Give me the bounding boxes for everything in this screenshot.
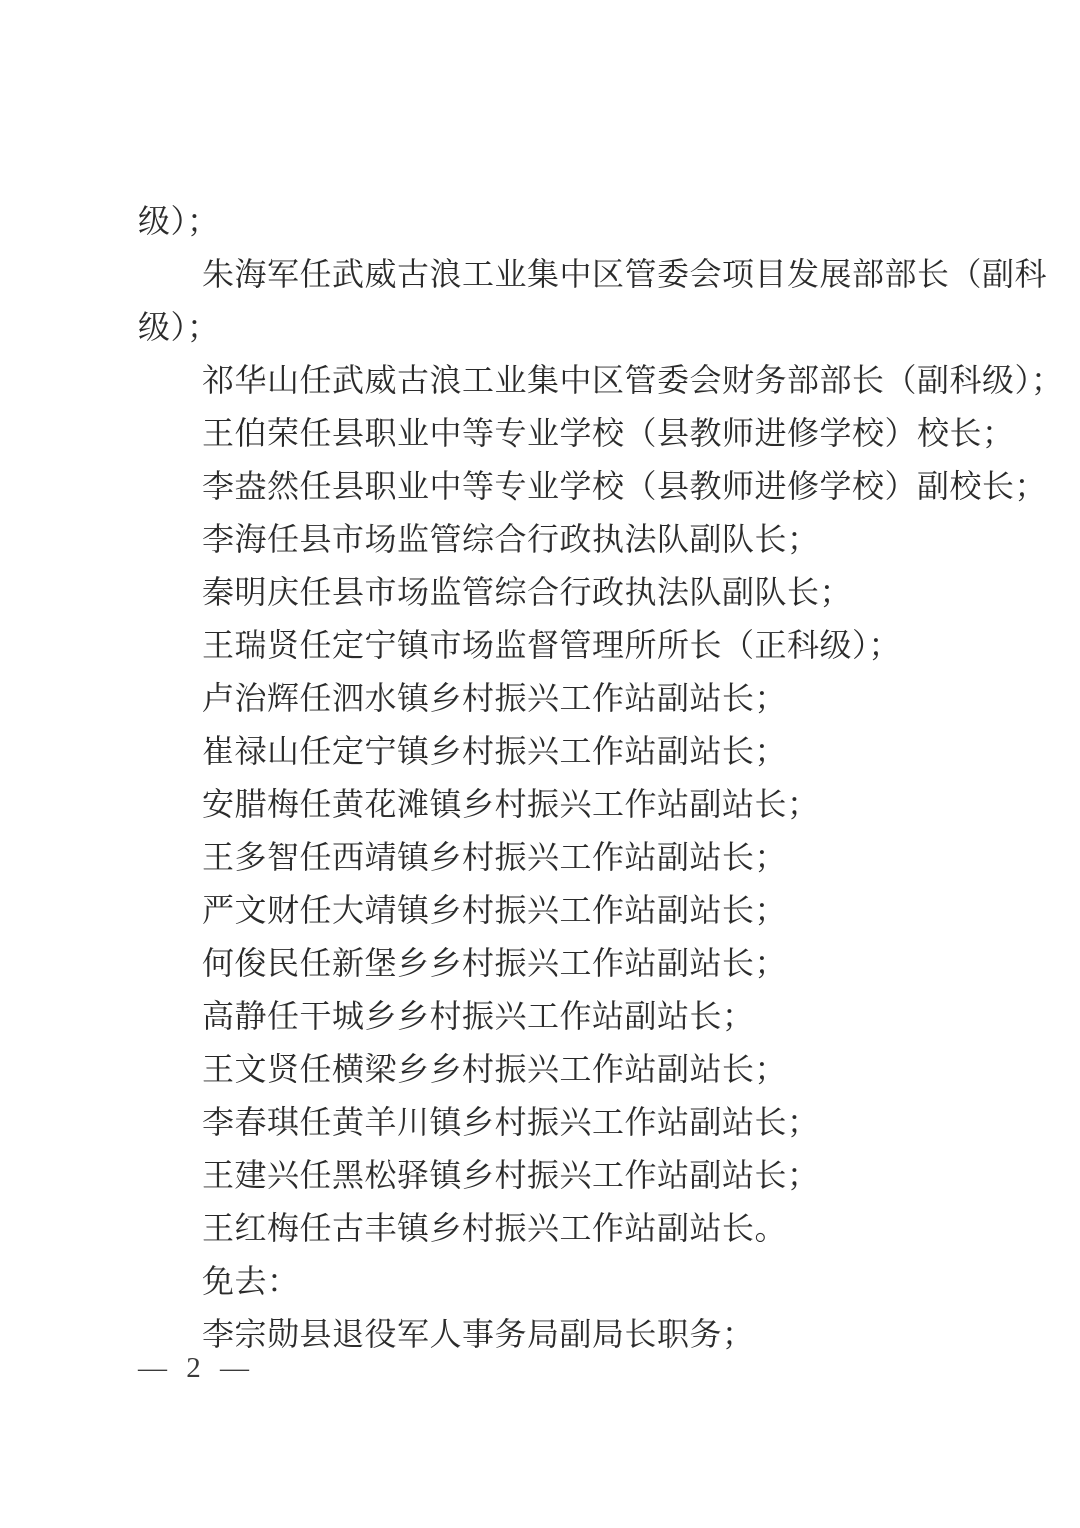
document-page: 级）； 朱海军任武威古浪工业集中区管委会项目发展部部长（副科 级）； 祁华山任武… [0,0,1080,1528]
doc-line: 卢治辉任泗水镇乡村振兴工作站副站长； [138,672,955,725]
doc-line: 李海任县市场监管综合行政执法队副队长； [138,513,955,566]
doc-line: 王红梅任古丰镇乡村振兴工作站副站长。 [138,1202,955,1255]
doc-line: 级）； [138,301,955,354]
doc-line: 李春琪任黄羊川镇乡村振兴工作站副站长； [138,1096,955,1149]
doc-line: 秦明庆任县市场监管综合行政执法队副队长； [138,566,955,619]
document-body: 级）； 朱海军任武威古浪工业集中区管委会项目发展部部长（副科 级）； 祁华山任武… [138,195,955,1361]
page-number: — 2 — [138,1352,255,1385]
doc-line: 严文财任大靖镇乡村振兴工作站副站长； [138,884,955,937]
doc-line: 王伯荣任县职业中等专业学校（县教师进修学校）校长； [138,407,955,460]
doc-line: 何俊民任新堡乡乡村振兴工作站副站长； [138,937,955,990]
doc-line: 祁华山任武威古浪工业集中区管委会财务部部长（副科级）； [138,354,955,407]
doc-line: 王建兴任黑松驿镇乡村振兴工作站副站长； [138,1149,955,1202]
doc-line: 免去： [138,1255,955,1308]
doc-line: 高静任干城乡乡村振兴工作站副站长； [138,990,955,1043]
doc-line: 王文贤任横梁乡乡村振兴工作站副站长； [138,1043,955,1096]
doc-line: 朱海军任武威古浪工业集中区管委会项目发展部部长（副科 [138,248,955,301]
doc-line: 李宗勋县退役军人事务局副局长职务； [138,1308,955,1361]
doc-line: 李盎然任县职业中等专业学校（县教师进修学校）副校长； [138,460,955,513]
doc-line: 级）； [138,195,955,248]
doc-line: 安腊梅任黄花滩镇乡村振兴工作站副站长； [138,778,955,831]
doc-line: 崔禄山任定宁镇乡村振兴工作站副站长； [138,725,955,778]
doc-line: 王瑞贤任定宁镇市场监督管理所所长（正科级）； [138,619,955,672]
doc-line: 王多智任西靖镇乡村振兴工作站副站长； [138,831,955,884]
